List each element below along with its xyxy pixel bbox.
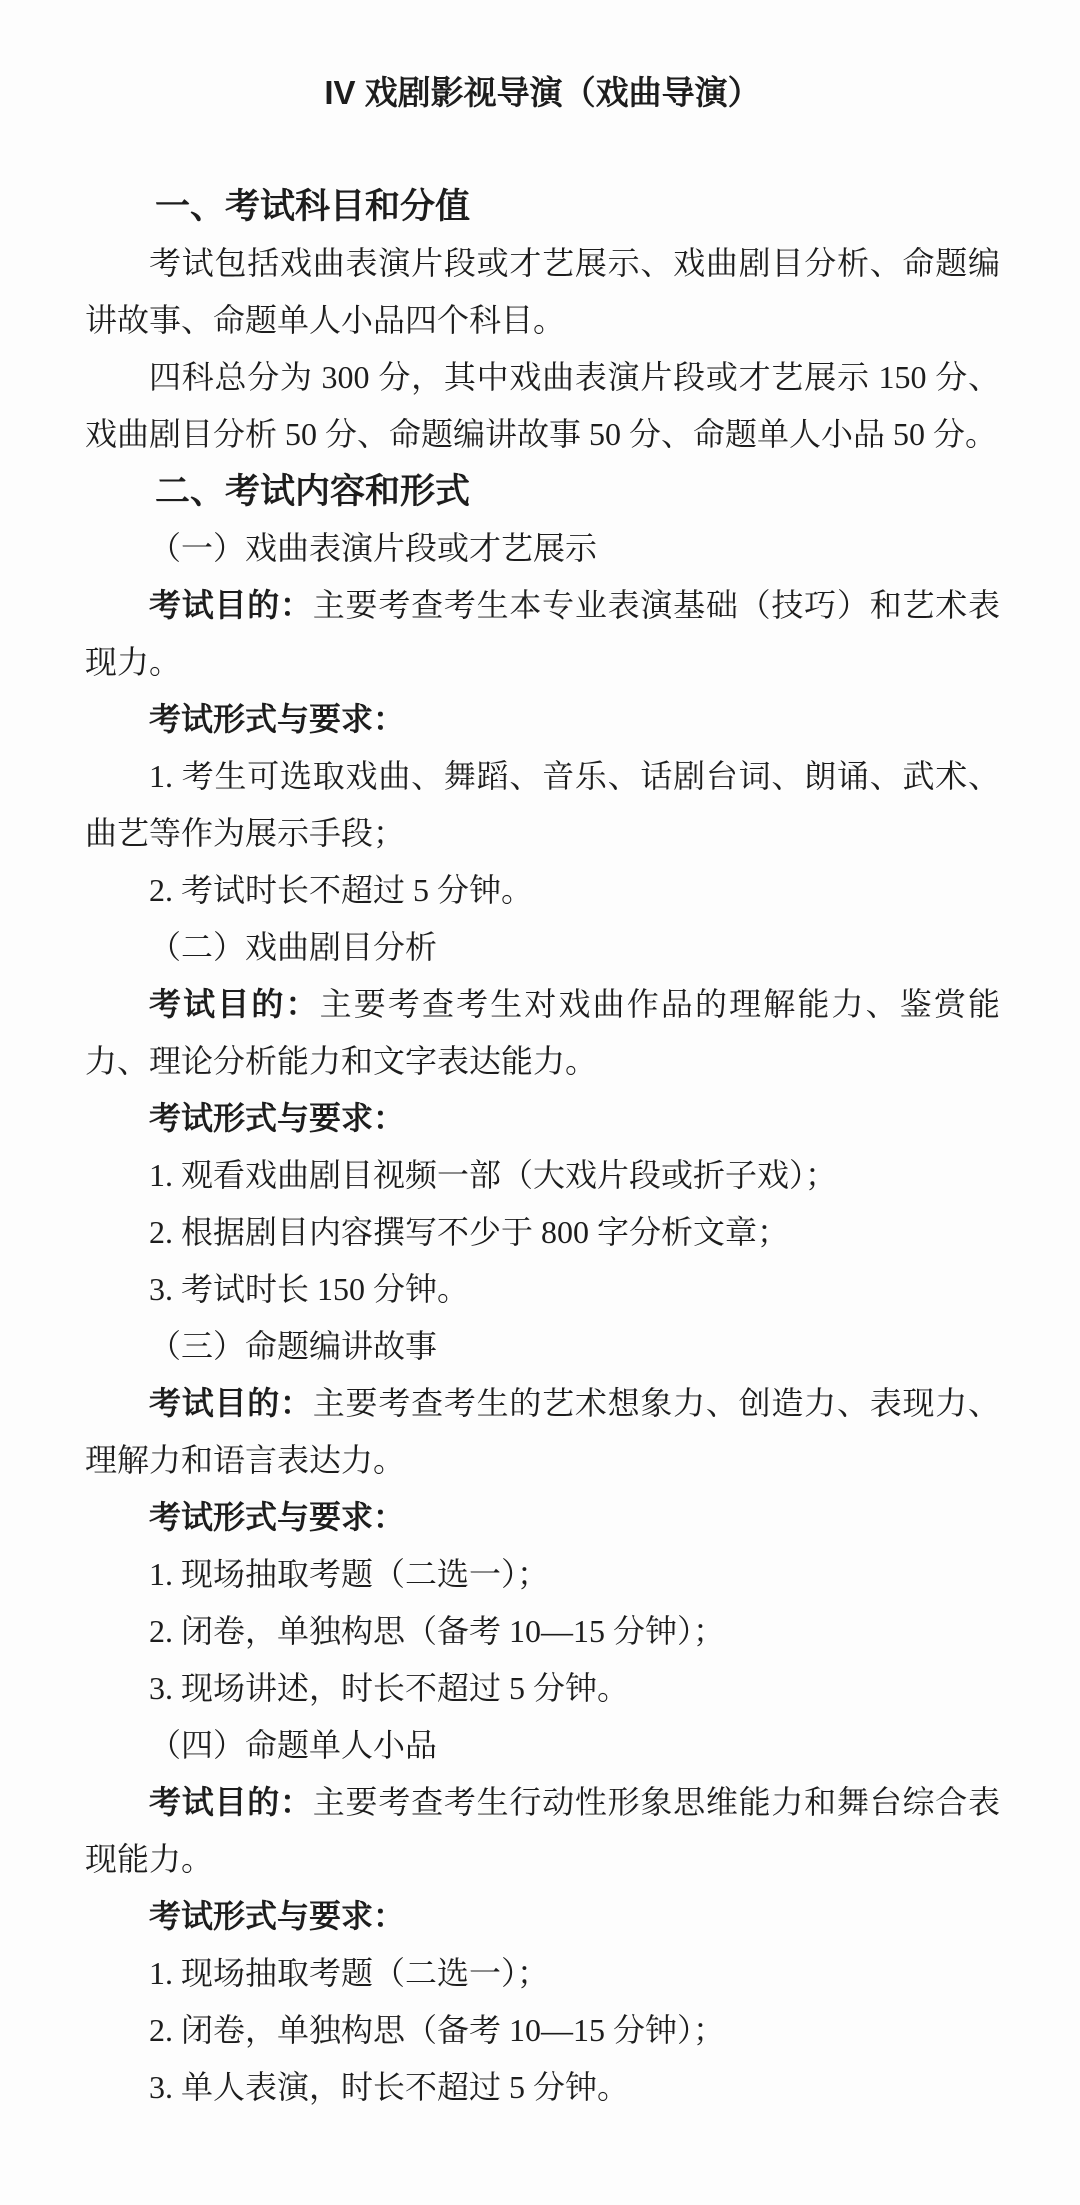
paragraph-exam-subjects: 考试包括戏曲表演片段或才艺展示、戏曲剧目分析、命题编讲故事、命题单人小品四个科目… [85, 235, 1000, 349]
subsection-3-list-item-1: 1. 现场抽取考题（二选一）； [85, 1546, 1000, 1603]
paragraph-exam-scores: 四科总分为 300 分，其中戏曲表演片段或才艺展示 150 分、戏曲剧目分析 5… [85, 349, 1000, 463]
subsection-3-heading: （三）命题编讲故事 [85, 1318, 1000, 1375]
subsection-2-list-item-1: 1. 观看戏曲剧目视频一部（大戏片段或折子戏）； [85, 1147, 1000, 1204]
document-title: IV 戏剧影视导演（戏曲导演） [85, 64, 1000, 121]
subsection-2-list-item-2: 2. 根据剧目内容撰写不少于 800 字分析文章； [85, 1204, 1000, 1261]
subsection-4-purpose-paragraph: 考试目的：主要考查考生行动性形象思维能力和舞台综合表现能力。 [85, 1774, 1000, 1888]
subsection-2-purpose-paragraph: 考试目的：主要考查考生对戏曲作品的理解能力、鉴赏能力、理论分析能力和文字表达能力… [85, 976, 1000, 1090]
document-page: IV 戏剧影视导演（戏曲导演） 一、考试科目和分值 考试包括戏曲表演片段或才艺展… [0, 0, 1080, 2205]
subsection-3-purpose-label: 考试目的： [149, 1385, 313, 1421]
subsection-4-heading: （四）命题单人小品 [85, 1717, 1000, 1774]
subsection-2-form-requirements-label: 考试形式与要求： [85, 1090, 1000, 1147]
subsection-3-list-item-2: 2. 闭卷，单独构思（备考 10—15 分钟）； [85, 1603, 1000, 1660]
subsection-4-list-item-1: 1. 现场抽取考题（二选一）； [85, 1945, 1000, 2002]
subsection-1-purpose-label: 考试目的： [149, 587, 313, 623]
subsection-1-heading: （一）戏曲表演片段或才艺展示 [85, 520, 1000, 577]
subsection-1-list-item-1: 1. 考生可选取戏曲、舞蹈、音乐、话剧台词、朗诵、武术、曲艺等作为展示手段； [85, 748, 1000, 862]
subsection-3-purpose-paragraph: 考试目的：主要考查考生的艺术想象力、创造力、表现力、理解力和语言表达力。 [85, 1375, 1000, 1489]
subsection-3-list-item-3: 3. 现场讲述，时长不超过 5 分钟。 [85, 1660, 1000, 1717]
subsection-1-purpose-paragraph: 考试目的：主要考查考生本专业表演基础（技巧）和艺术表现力。 [85, 577, 1000, 691]
subsection-4-form-requirements-label: 考试形式与要求： [85, 1888, 1000, 1945]
subsection-1-form-requirements-label: 考试形式与要求： [85, 691, 1000, 748]
subsection-3-form-requirements-label: 考试形式与要求： [85, 1489, 1000, 1546]
subsection-4-purpose-label: 考试目的： [149, 1784, 313, 1820]
heading-exam-content-and-format: 二、考试内容和形式 [85, 463, 1000, 520]
heading-exam-subjects-and-scores: 一、考试科目和分值 [85, 178, 1000, 235]
subsection-4-list-item-3: 3. 单人表演，时长不超过 5 分钟。 [85, 2059, 1000, 2116]
subsection-2-purpose-label: 考试目的： [149, 986, 320, 1022]
subsection-2-list-item-3: 3. 考试时长 150 分钟。 [85, 1261, 1000, 1318]
subsection-2-heading: （二）戏曲剧目分析 [85, 919, 1000, 976]
subsection-1-list-item-2: 2. 考试时长不超过 5 分钟。 [85, 862, 1000, 919]
subsection-4-list-item-2: 2. 闭卷，单独构思（备考 10—15 分钟）； [85, 2002, 1000, 2059]
